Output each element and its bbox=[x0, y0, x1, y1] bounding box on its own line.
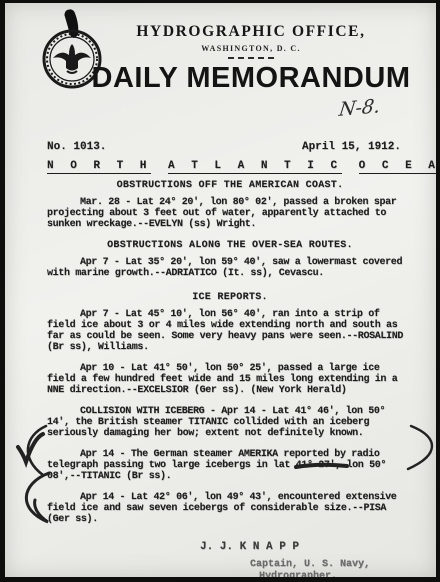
office-location: WASHINGTON, D. C. bbox=[57, 44, 440, 53]
ocean-title-word: N O R T H bbox=[47, 160, 151, 174]
report-paragraph: Mar. 28 - Lat 24° 20', lon 80° 02', pass… bbox=[47, 197, 413, 230]
page-title: DAILY MEMORANDUM bbox=[57, 62, 440, 95]
memo-number: No. 1013. bbox=[47, 141, 106, 153]
masthead: HYDROGRAPHIC OFFICE, WASHINGTON, D. C. D… bbox=[57, 23, 440, 95]
ocean-title: N O R T H A T L A N T I C O C E A N bbox=[47, 160, 413, 172]
document-body: No. 1013. April 15, 1912. N O R T H A T … bbox=[5, 141, 440, 582]
meta-row: No. 1013. April 15, 1912. bbox=[47, 141, 413, 153]
handwritten-note: N-8. bbox=[338, 95, 382, 121]
report-paragraph-amerika: Apr 14 - The German steamer AMERIKA repo… bbox=[47, 449, 413, 482]
signature-block: J. J. K N A P P Captain, U. S. Navy, Hyd… bbox=[47, 541, 413, 582]
report-paragraph: Apr 7 - Lat 35° 20', lon 59° 40', saw a … bbox=[47, 257, 413, 279]
section-heading-oversea-routes: OBSTRUCTIONS ALONG THE OVER-SEA ROUTES. bbox=[47, 240, 413, 251]
memorandum-page: HYDROGRAPHIC OFFICE, WASHINGTON, D. C. D… bbox=[0, 0, 440, 582]
ocean-title-word: O C E A N bbox=[359, 160, 440, 174]
ocean-title-word: A T L A N T I C bbox=[168, 160, 342, 174]
masthead-rule bbox=[228, 57, 274, 59]
section-heading-american-coast: OBSTRUCTIONS OFF THE AMERICAN COAST. bbox=[47, 180, 413, 191]
report-paragraph-pisa: Apr 14 - Lat 42° 06', lon 49° 43', encou… bbox=[47, 492, 413, 525]
office-name: HYDROGRAPHIC OFFICE, bbox=[57, 23, 440, 41]
report-paragraph: Apr 10 - Lat 41° 50', lon 50° 25', passe… bbox=[47, 363, 413, 396]
report-paragraph: Apr 7 - Lat 45° 10', lon 56° 40', ran in… bbox=[47, 309, 413, 353]
report-paragraph-titanic-collision: COLLISION WITH ICEBERG - Apr 14 - Lat 41… bbox=[47, 406, 413, 439]
section-heading-ice-reports: ICE REPORTS. bbox=[47, 292, 413, 303]
signature-name: J. J. K N A P P bbox=[200, 541, 413, 553]
signature-role: Hydrographer. bbox=[259, 571, 413, 582]
signature-rank: Captain, U. S. Navy, bbox=[250, 559, 413, 570]
memo-date: April 15, 1912. bbox=[302, 141, 401, 153]
